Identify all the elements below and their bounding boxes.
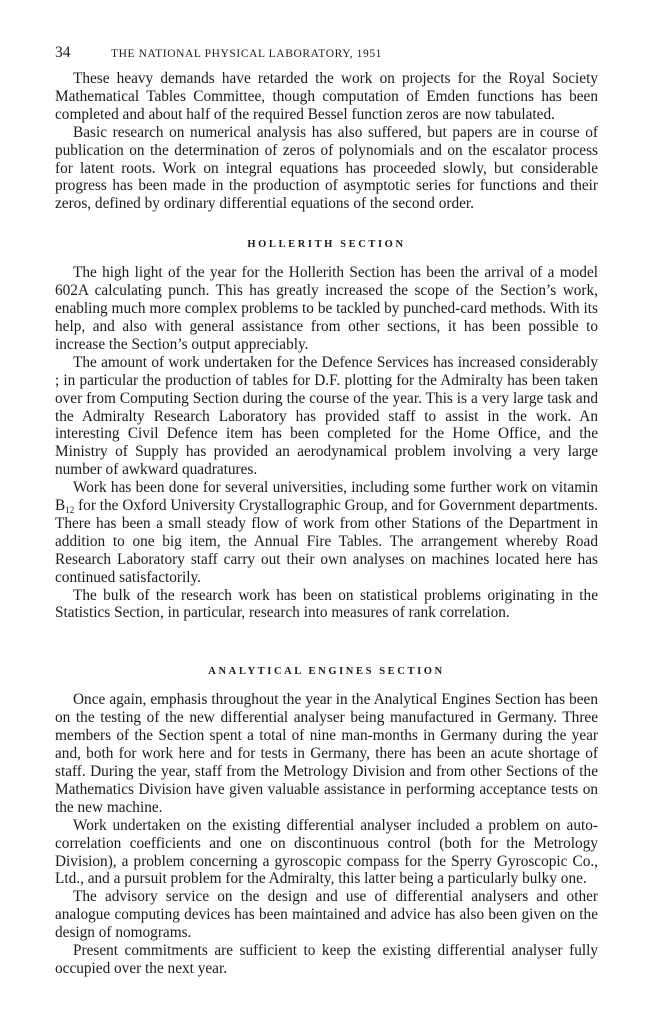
section-heading-analytical-engines: ANALYTICAL ENGINES SECTION (55, 666, 598, 677)
document-page: 34 THE NATIONAL PHYSICAL LABORATORY, 195… (55, 44, 598, 978)
running-head: 34 THE NATIONAL PHYSICAL LABORATORY, 195… (55, 44, 598, 66)
paragraph: Basic research on numerical analysis has… (55, 124, 598, 214)
paragraph: The amount of work undertaken for the De… (55, 354, 598, 479)
paragraph: The bulk of the research work has been o… (55, 587, 598, 623)
paragraph: Work has been done for several universit… (55, 479, 598, 586)
paragraph-text: for the Oxford University Crystallograph… (55, 497, 598, 586)
paragraph: Once again, emphasis throughout the year… (55, 691, 598, 816)
paragraph: Present commitments are sufficient to ke… (55, 942, 598, 978)
intro-section: These heavy demands have retarded the wo… (55, 70, 598, 213)
section-heading-hollerith: HOLLERITH SECTION (55, 239, 598, 250)
paragraph: The high light of the year for the Holle… (55, 264, 598, 354)
paragraph: The advisory service on the design and u… (55, 888, 598, 942)
subscript: 12 (65, 505, 74, 515)
page-number: 34 (55, 44, 105, 62)
hollerith-section: HOLLERITH SECTION The high light of the … (55, 239, 598, 622)
paragraph: Work undertaken on the existing differen… (55, 817, 598, 889)
paragraph: These heavy demands have retarded the wo… (55, 70, 598, 124)
running-head-title: THE NATIONAL PHYSICAL LABORATORY, 1951 (111, 48, 382, 60)
analytical-engines-section: ANALYTICAL ENGINES SECTION Once again, e… (55, 666, 598, 978)
